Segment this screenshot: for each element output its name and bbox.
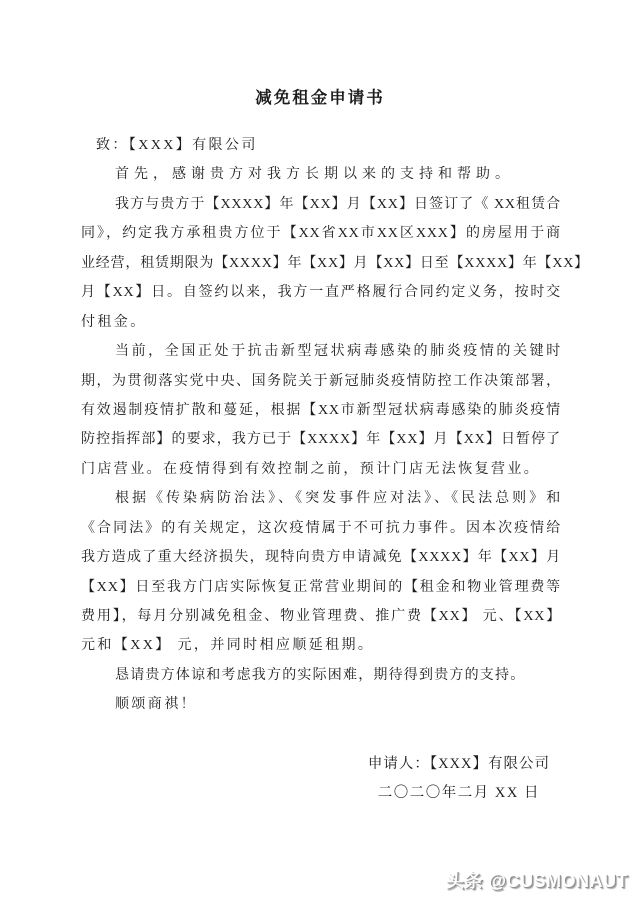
page-title: 减免租金申请书 [0, 84, 640, 108]
document-line: 《合同法》的有关规定，这次疫情属于不可抗力事件。因本次疫情给 [81, 514, 561, 543]
document-line: 付租金。 [81, 308, 561, 337]
document-line: 当前，全国正处于抗击新型冠状病毒感染的肺炎疫情的关键时 [81, 337, 561, 366]
watermark-badge: 头条 @CUSMONAUT [446, 867, 628, 893]
document-line: 期，为贯彻落实党中央、国务院关于新冠肺炎疫情防控工作决策部署， [81, 367, 561, 396]
document-line: 费用】，每月分别减免租金、物业管理费、推广费【XX】 元、【XX】 [81, 602, 561, 631]
document-line: 门店营业。在疫情得到有效控制之前，预计门店无法恢复营业。 [81, 455, 561, 484]
signature-applicant: 申请人：【XXX】有限公司 [368, 750, 550, 779]
document-line: 防控指挥部】的要求，我方已于【XXXX】年【XX】月【XX】日暂停了 [81, 425, 561, 454]
document-line: 根据《传染病防治法》、《突发事件应对法》、《民法总则》和 [81, 484, 561, 513]
document-line: 元和【XX】 元，并同时相应顺延租期。 [81, 631, 561, 660]
signature-date: 二〇二〇年二月 XX 日 [368, 779, 550, 808]
document-line: 我方造成了重大经济损失，现特向贵方申请减免【XXXX】年【XX】月 [81, 543, 561, 572]
document-line: 月【XX】日。自签约以来，我方一直严格履行合同约定义务，按时交 [81, 278, 561, 307]
document-line: 顺颂商祺！ [81, 690, 561, 719]
signature-block: 申请人：【XXX】有限公司 二〇二〇年二月 XX 日 [368, 750, 550, 809]
document-body: 致：【XXX】有限公司首先，感谢贵方对我方长期以来的支持和帮助。我方与贵方于【X… [81, 131, 561, 720]
document-line: 【XX】日至我方门店实际恢复正常营业期间的【租金和物业管理费等 [81, 573, 561, 602]
document-page: 减免租金申请书 致：【XXX】有限公司首先，感谢贵方对我方长期以来的支持和帮助。… [0, 0, 640, 905]
document-line: 有效遏制疫情扩散和蔓延，根据【XX市新型冠状病毒感染的肺炎疫情 [81, 396, 561, 425]
document-line: 首先，感谢贵方对我方长期以来的支持和帮助。 [81, 160, 561, 189]
document-line: 我方与贵方于【XXXX】年【XX】月【XX】日签订了《 XX租赁合 [81, 190, 561, 219]
document-line: 致：【XXX】有限公司 [81, 131, 561, 160]
document-line: 恳请贵方体谅和考虑我方的实际困难，期待得到贵方的支持。 [81, 661, 561, 690]
document-line: 业经营，租赁期限为【XXXX】年【XX】月【XX】日至【XXXX】年【XX】 [81, 249, 561, 278]
document-line: 同》，约定我方承租贵方位于【XX省XX市XX区XXX】的房屋用于商 [81, 219, 561, 248]
